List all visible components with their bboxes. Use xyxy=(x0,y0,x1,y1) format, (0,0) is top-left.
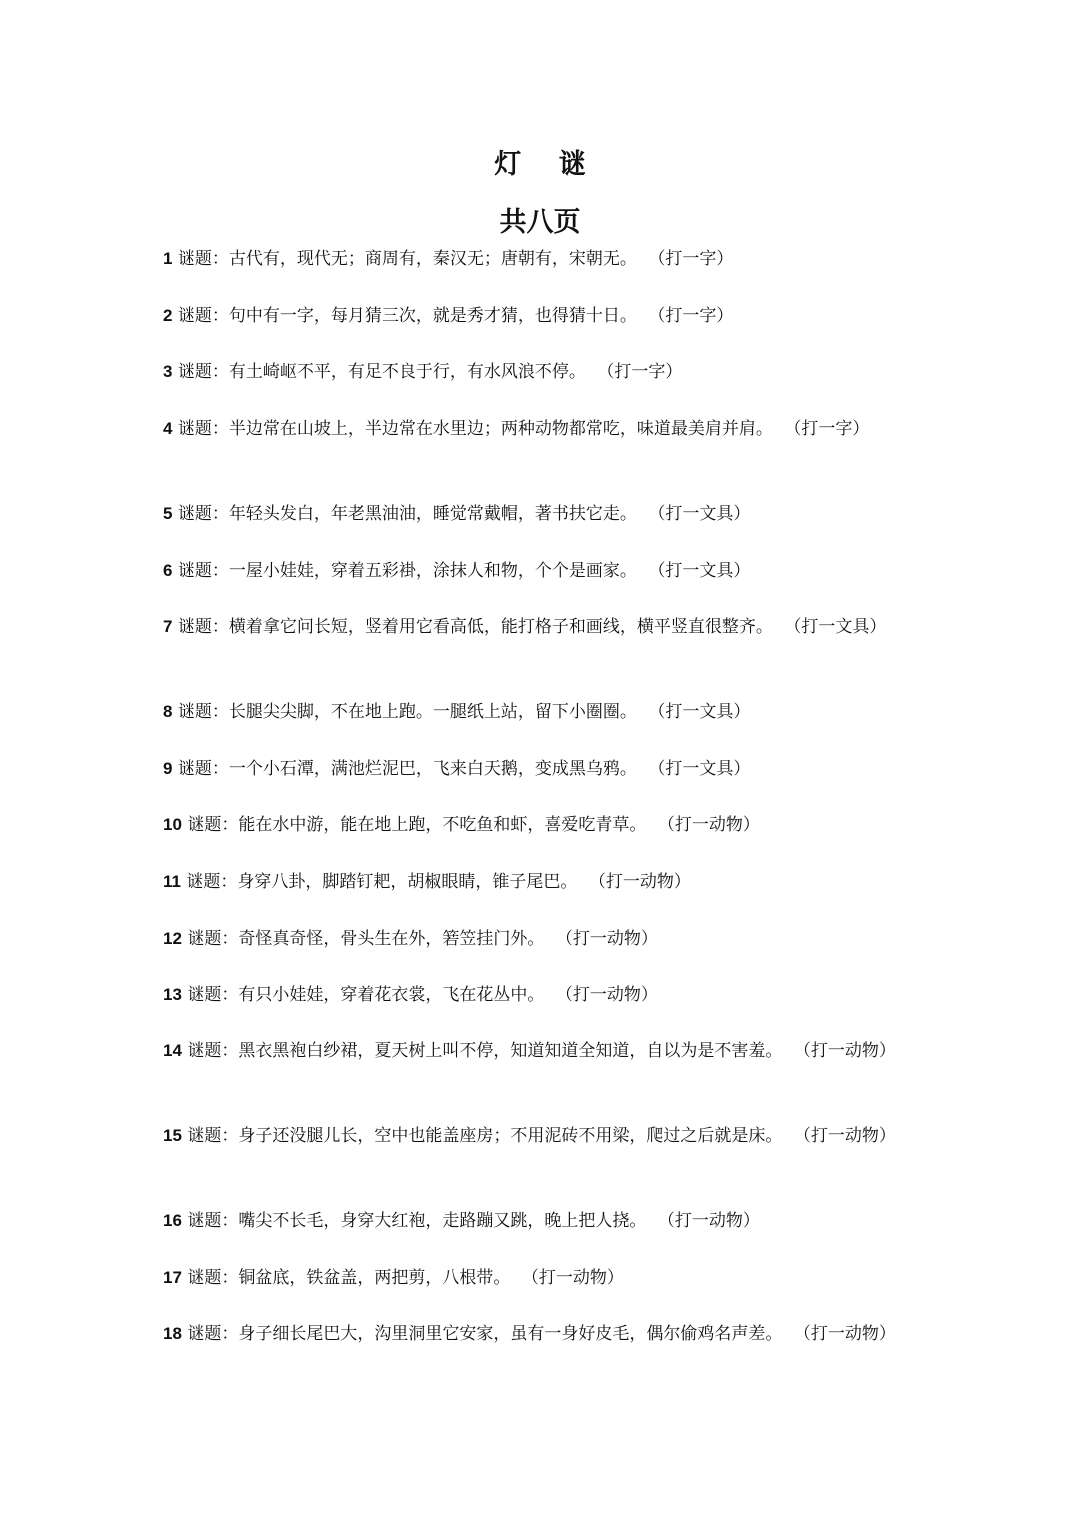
riddle-text: 一屋小娃娃，穿着五彩褂，涂抹人和物，个个是画家。 xyxy=(229,561,637,581)
riddle-number: 14 xyxy=(163,1041,182,1060)
riddle-text: 身子还没腿儿长，空中也能盖座房；不用泥砖不用梁，爬过之后就是床。 xyxy=(238,1126,782,1146)
riddle-hint: （打一字） xyxy=(657,306,734,326)
riddle-text: 年轻头发白，年老黑油油，睡觉常戴帽，著书扶它走。 xyxy=(229,504,637,524)
riddle-number: 18 xyxy=(163,1324,182,1343)
riddle-item: 3 谜题：有土崎岖不平，有足不良于行，有水风浪不停。（打一字） xyxy=(163,353,923,391)
riddle-hint: （打一文具） xyxy=(793,617,887,637)
riddle-label: 谜题： xyxy=(187,1126,238,1146)
riddle-hint: （打一文具） xyxy=(657,759,751,779)
riddle-item: 7 谜题：横着拿它问长短，竖着用它看高低，能打格子和画线，横平竖直很整齐。（打一… xyxy=(163,608,923,646)
riddle-label: 谜题： xyxy=(187,1211,238,1231)
riddle-item: 16 谜题：嘴尖不长毛，身穿大红袍，走路蹦又跳，晚上把人挠。（打一动物） xyxy=(163,1202,923,1240)
riddle-item: 8 谜题：长腿尖尖脚，不在地上跑。一腿纸上站，留下小圈圈。（打一文具） xyxy=(163,693,923,731)
riddle-item: 9 谜题：一个小石潭，满池烂泥巴，飞来白天鹅，变成黑乌鸦。（打一文具） xyxy=(163,750,923,788)
riddle-number: 8 xyxy=(163,702,172,721)
riddle-text: 身穿八卦，脚踏钉耙，胡椒眼睛，锥子尾巴。 xyxy=(237,872,577,892)
riddle-number: 5 xyxy=(163,504,172,523)
riddle-number: 7 xyxy=(163,617,172,636)
riddle-text: 嘴尖不长毛，身穿大红袍，走路蹦又跳，晚上把人挠。 xyxy=(238,1211,646,1231)
riddle-number: 12 xyxy=(163,929,182,948)
riddle-number: 9 xyxy=(163,759,172,778)
riddle-item: 4 谜题：半边常在山坡上，半边常在水里边；两种动物都常吃，味道最美肩并肩。（打一… xyxy=(163,410,923,448)
riddle-number: 1 xyxy=(163,249,172,268)
riddle-item: 17 谜题：铜盆底，铁盆盖，两把剪，八根带。（打一动物） xyxy=(163,1259,923,1297)
riddle-text: 铜盆底，铁盆盖，两把剪，八根带。 xyxy=(238,1268,510,1288)
riddle-number: 13 xyxy=(163,985,182,1004)
riddle-item: 12 谜题：奇怪真奇怪，骨头生在外，箬笠挂门外。（打一动物） xyxy=(163,920,923,958)
riddle-item: 10 谜题：能在水中游，能在地上跑，不吃鱼和虾，喜爱吃青草。（打一动物） xyxy=(163,806,923,844)
riddle-text: 长腿尖尖脚，不在地上跑。一腿纸上站，留下小圈圈。 xyxy=(229,702,637,722)
riddle-number: 10 xyxy=(163,815,182,834)
riddle-item: 6 谜题：一屋小娃娃，穿着五彩褂，涂抹人和物，个个是画家。（打一文具） xyxy=(163,552,923,590)
riddle-label: 谜题： xyxy=(187,929,238,949)
riddle-number: 11 xyxy=(163,872,181,891)
riddle-text: 古代有，现代无；商周有，秦汉无；唐朝有，宋朝无。 xyxy=(229,249,637,269)
riddle-hint: （打一动物） xyxy=(597,872,691,892)
riddle-text: 能在水中游，能在地上跑，不吃鱼和虾，喜爱吃青草。 xyxy=(238,815,646,835)
riddle-label: 谜题： xyxy=(178,306,229,326)
riddle-text: 有土崎岖不平，有足不良于行，有水风浪不停。 xyxy=(229,362,586,382)
riddle-number: 17 xyxy=(163,1268,182,1287)
riddle-item: 5 谜题：年轻头发白，年老黑油油，睡觉常戴帽，著书扶它走。（打一文具） xyxy=(163,495,923,533)
riddle-item: 13 谜题：有只小娃娃，穿着花衣裳，飞在花丛中。（打一动物） xyxy=(163,976,923,1014)
riddle-hint: （打一动物） xyxy=(802,1126,896,1146)
riddle-label: 谜题： xyxy=(187,985,238,1005)
riddle-number: 6 xyxy=(163,561,172,580)
riddle-label: 谜题： xyxy=(178,504,229,524)
page-title: 灯 谜 xyxy=(0,142,1080,181)
riddle-label: 谜题： xyxy=(178,362,229,382)
riddle-label: 谜题： xyxy=(178,561,229,581)
riddle-text: 奇怪真奇怪，骨头生在外，箬笠挂门外。 xyxy=(238,929,544,949)
riddle-item: 2 谜题：句中有一字，每月猜三次，就是秀才猜，也得猜十日。（打一字） xyxy=(163,297,923,335)
riddle-item: 14 谜题：黑衣黑袍白纱裙，夏天树上叫不停，知道知道全知道，自以为是不害羞。（打… xyxy=(163,1032,923,1070)
riddle-text: 身子细长尾巴大，沟里洞里它安家，虽有一身好皮毛，偶尔偷鸡名声差。 xyxy=(238,1324,782,1344)
riddle-number: 16 xyxy=(163,1211,182,1230)
riddle-item: 15 谜题：身子还没腿儿长，空中也能盖座房；不用泥砖不用梁，爬过之后就是床。（打… xyxy=(163,1117,923,1155)
riddle-text: 横着拿它问长短，竖着用它看高低，能打格子和画线，横平竖直很整齐。 xyxy=(229,617,773,637)
riddle-item: 1 谜题：古代有，现代无；商周有，秦汉无；唐朝有，宋朝无。（打一字） xyxy=(163,240,923,278)
riddle-hint: （打一动物） xyxy=(666,815,760,835)
riddle-text: 有只小娃娃，穿着花衣裳，飞在花丛中。 xyxy=(238,985,544,1005)
riddle-hint: （打一动物） xyxy=(802,1324,896,1344)
riddle-hint: （打一字） xyxy=(657,249,734,269)
riddle-label: 谜题： xyxy=(186,872,237,892)
riddle-hint: （打一文具） xyxy=(657,702,751,722)
riddle-label: 谜题： xyxy=(178,419,229,439)
riddle-number: 3 xyxy=(163,362,172,381)
riddle-label: 谜题： xyxy=(187,815,238,835)
riddle-item: 11 谜题：身穿八卦，脚踏钉耙，胡椒眼睛，锥子尾巴。（打一动物） xyxy=(163,863,923,901)
riddle-label: 谜题： xyxy=(178,617,229,637)
riddle-text: 句中有一字，每月猜三次，就是秀才猜，也得猜十日。 xyxy=(229,306,637,326)
riddle-number: 2 xyxy=(163,306,172,325)
riddle-hint: （打一动物） xyxy=(666,1211,760,1231)
riddle-label: 谜题： xyxy=(178,249,229,269)
riddle-hint: （打一动物） xyxy=(802,1041,896,1061)
riddle-hint: （打一文具） xyxy=(657,504,751,524)
riddle-label: 谜题： xyxy=(178,702,229,722)
riddle-hint: （打一动物） xyxy=(564,929,658,949)
riddle-number: 4 xyxy=(163,419,172,438)
riddle-text: 半边常在山坡上，半边常在水里边；两种动物都常吃，味道最美肩并肩。 xyxy=(229,419,773,439)
riddle-label: 谜题： xyxy=(187,1268,238,1288)
riddle-hint: （打一字） xyxy=(606,362,683,382)
riddle-text: 一个小石潭，满池烂泥巴，飞来白天鹅，变成黑乌鸦。 xyxy=(229,759,637,779)
riddle-label: 谜题： xyxy=(178,759,229,779)
riddle-hint: （打一文具） xyxy=(657,561,751,581)
riddle-label: 谜题： xyxy=(187,1041,238,1061)
riddle-number: 15 xyxy=(163,1126,182,1145)
riddle-item: 18 谜题：身子细长尾巴大，沟里洞里它安家，虽有一身好皮毛，偶尔偷鸡名声差。（打… xyxy=(163,1315,923,1353)
riddle-hint: （打一动物） xyxy=(564,985,658,1005)
riddle-text: 黑衣黑袍白纱裙，夏天树上叫不停，知道知道全知道，自以为是不害羞。 xyxy=(238,1041,782,1061)
document-page: 灯 谜 共八页 1 谜题：古代有，现代无；商周有，秦汉无；唐朝有，宋朝无。（打一… xyxy=(0,0,1080,1527)
riddle-hint: （打一字） xyxy=(793,419,870,439)
riddle-hint: （打一动物） xyxy=(530,1268,624,1288)
riddle-label: 谜题： xyxy=(187,1324,238,1344)
page-subtitle: 共八页 xyxy=(0,200,1080,239)
